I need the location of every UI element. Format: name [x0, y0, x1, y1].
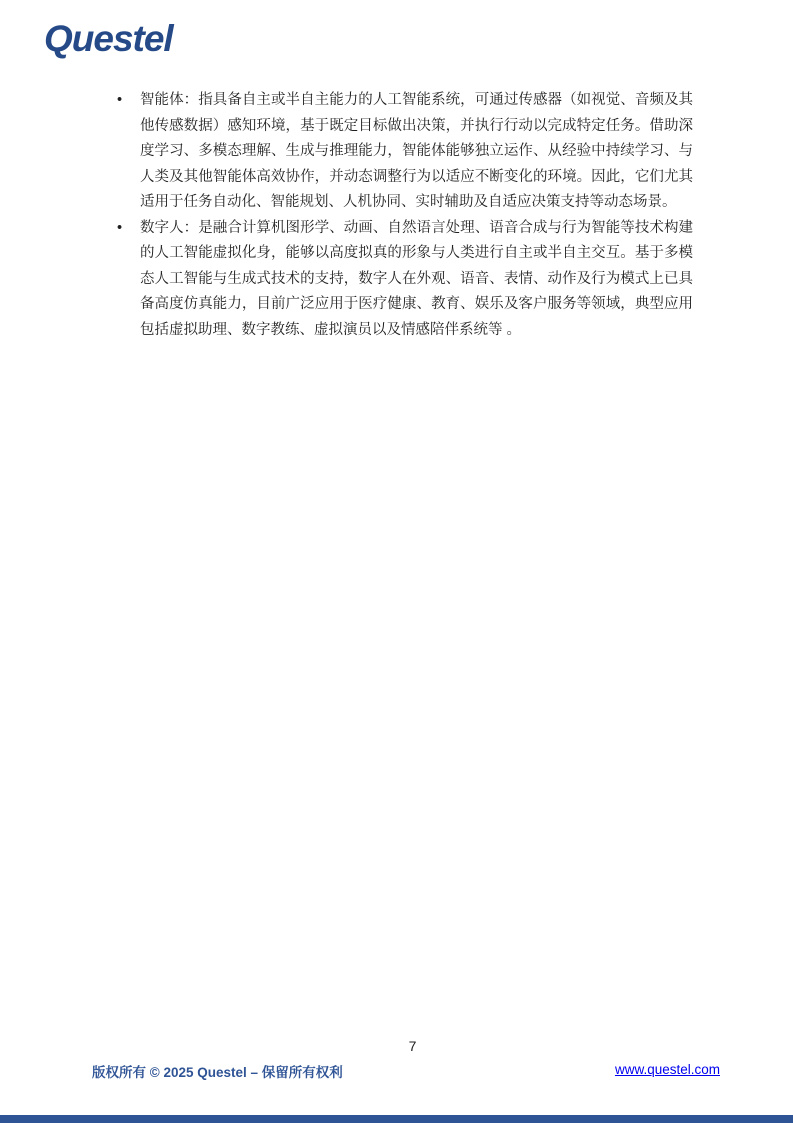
bottom-accent-bar	[0, 1115, 793, 1123]
page-number: 7	[0, 1038, 793, 1054]
list-item: • 智能体：指具备自主或半自主能力的人工智能系统，可通过传感器（如视觉、音频及其…	[117, 88, 693, 216]
body-content: • 智能体：指具备自主或半自主能力的人工智能系统，可通过传感器（如视觉、音频及其…	[117, 88, 693, 343]
list-item: • 数字人：是融合计算机图形学、动画、自然语言处理、语音合成与行为智能等技术构建…	[117, 216, 693, 344]
bullet-text-agent: 智能体：指具备自主或半自主能力的人工智能系统，可通过传感器（如视觉、音频及其他传…	[140, 88, 693, 216]
website-link[interactable]: www.questel.com	[615, 1062, 720, 1077]
bullet-text-digital-human: 数字人：是融合计算机图形学、动画、自然语言处理、语音合成与行为智能等技术构建的人…	[140, 216, 693, 344]
questel-logo: Questel	[44, 18, 173, 60]
bullet-icon: •	[117, 88, 140, 114]
copyright-text: 版权所有 © 2025 Questel – 保留所有权利	[92, 1061, 343, 1081]
document-page: Questel • 智能体：指具备自主或半自主能力的人工智能系统，可通过传感器（…	[0, 0, 793, 1123]
bullet-icon: •	[117, 216, 140, 242]
